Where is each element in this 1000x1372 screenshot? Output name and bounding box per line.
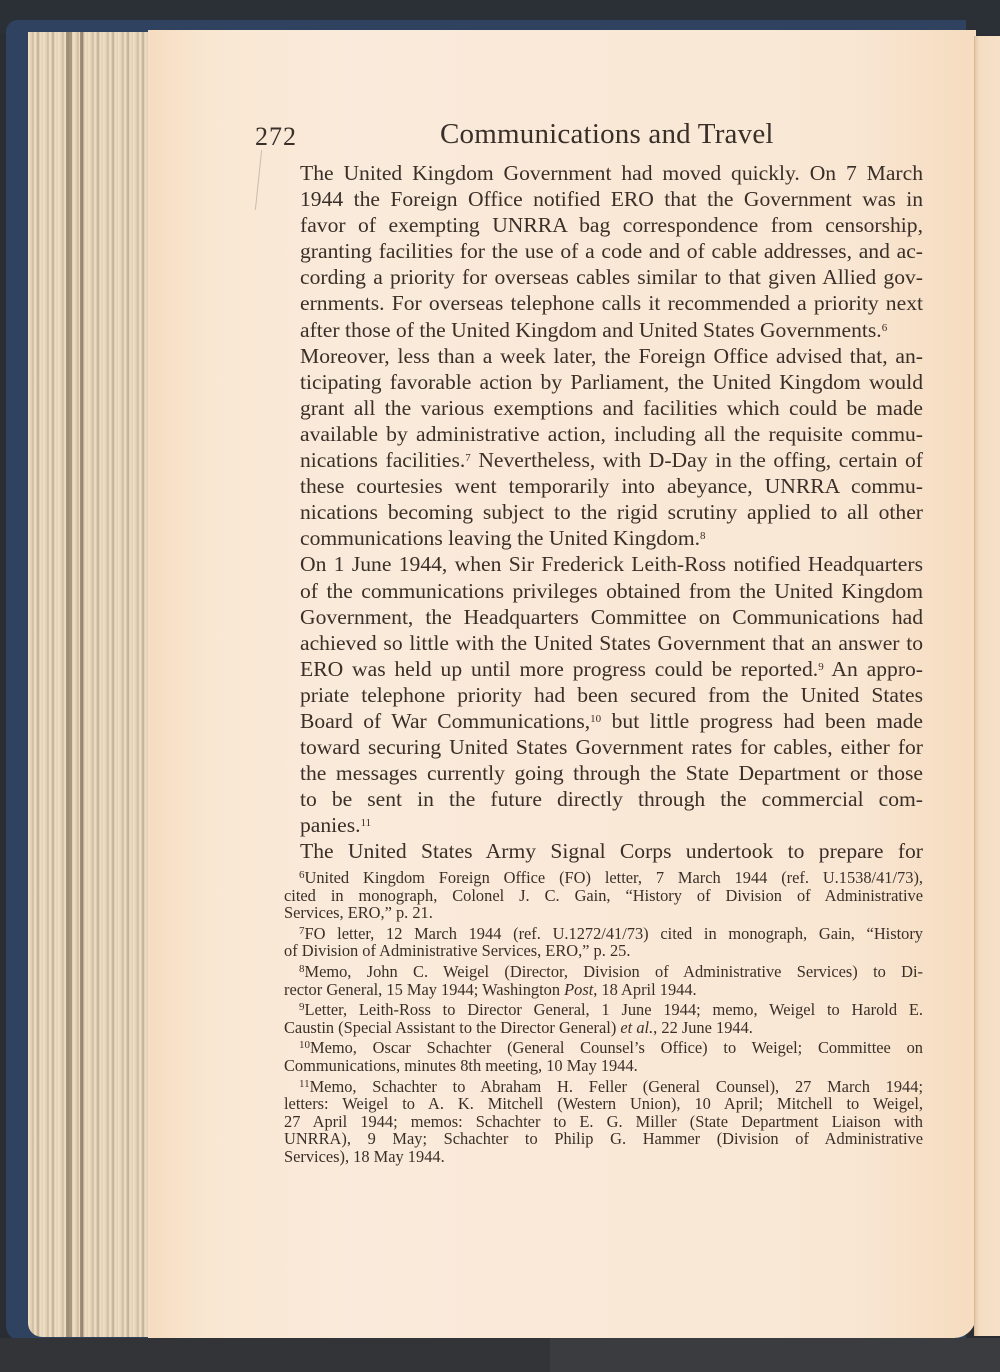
table-surface	[550, 1338, 1000, 1372]
facing-page-edge	[974, 36, 1000, 1336]
footnote-7: 7FO letter, 12 March 1944 (ref. U.1272/4…	[284, 925, 923, 960]
text-line: ticipating favorable action by Parliamen…	[272, 369, 923, 395]
footnote-11: 11Memo, Schachter to Abraham H. Feller (…	[284, 1078, 923, 1166]
text-line: Government, the Headquarters Committee o…	[272, 604, 923, 630]
text-line: UNRRA), 9 May; Schachter to Philip G. Ha…	[284, 1130, 923, 1148]
text-line: 7FO letter, 12 March 1944 (ref. U.1272/4…	[284, 925, 923, 943]
text-line: 6United Kingdom Foreign Office (FO) lett…	[284, 869, 923, 887]
text-line: grant all the various exemptions and fac…	[272, 395, 923, 421]
footnote-10: 10Memo, Oscar Schachter (General Counsel…	[284, 1039, 923, 1074]
text-line: priate telephone priority had been secur…	[272, 682, 923, 708]
text-line: Services), 18 May 1944.	[284, 1148, 923, 1166]
text-line: Board of War Communications,10 but littl…	[272, 708, 923, 734]
footnotes: 6United Kingdom Foreign Office (FO) lett…	[284, 869, 923, 1169]
footnote-number: 7	[299, 925, 305, 937]
page-edge-shadow	[66, 32, 72, 1337]
text-line: On 1 June 1944, when Sir Frederick Leith…	[272, 551, 923, 577]
page-edge-shadow	[80, 32, 83, 1337]
text-line: Communications, minutes 8th meeting, 10 …	[284, 1057, 923, 1075]
footnote-number: 6	[299, 869, 305, 881]
text-line: after those of the United Kingdom and Un…	[272, 317, 923, 343]
footnote-ref[interactable]: 11	[361, 817, 372, 829]
footnote-9: 9Letter, Leith-Ross to Director General,…	[284, 1001, 923, 1036]
text-line: 10Memo, Oscar Schachter (General Counsel…	[284, 1039, 923, 1057]
footnote-ref[interactable]: 6	[882, 322, 888, 334]
paragraph: The United Kingdom Government had moved …	[272, 160, 923, 551]
text-line: panies.11	[272, 812, 923, 838]
footnote-ref[interactable]: 8	[700, 530, 706, 542]
footnote-number: 8	[299, 963, 305, 975]
text-line: letters: Weigel to A. K. Mitchell (Weste…	[284, 1095, 923, 1113]
footnote-6: 6United Kingdom Foreign Office (FO) lett…	[284, 869, 923, 922]
page-edges	[28, 32, 150, 1337]
text-line: cited in monograph, Colonel J. C. Gain, …	[284, 887, 923, 905]
footnote-8: 8Memo, John C. Weigel (Director, Divisio…	[284, 963, 923, 998]
footnote-number: 11	[299, 1078, 310, 1090]
text-line: The United States Army Signal Corps unde…	[272, 838, 923, 864]
paragraph: The United States Army Signal Corps unde…	[272, 838, 923, 864]
text-line: ernments. For overseas telephone calls i…	[272, 290, 923, 316]
text-line: toward securing United States Government…	[272, 734, 923, 760]
page-number: 272	[255, 122, 297, 152]
running-head: 272 Communications and Travel	[255, 118, 945, 154]
text-line: nications facilities.7 Nevertheless, wit…	[272, 447, 923, 473]
text-line: the messages currently going through the…	[272, 760, 923, 786]
text-line: Moreover, less than a week later, the Fo…	[272, 343, 923, 369]
text-line: nications becoming subject to the rigid …	[272, 499, 923, 525]
text-line: these courtesies went temporarily into a…	[272, 473, 923, 499]
text-line: of Division of Administrative Services, …	[284, 942, 923, 960]
text-line: communications leaving the United Kingdo…	[272, 525, 923, 551]
text-line: achieved so little with the United State…	[272, 630, 923, 656]
text-line: available by administrative action, incl…	[272, 421, 923, 447]
footnote-ref[interactable]: 9	[818, 661, 824, 673]
chapter-title: Communications and Travel	[440, 118, 774, 151]
footnote-ref[interactable]: 7	[465, 452, 471, 464]
footnote-ref[interactable]: 10	[590, 713, 601, 725]
text-line: 9Letter, Leith-Ross to Director General,…	[284, 1001, 923, 1019]
text-line: granting facilities for the use of a cod…	[272, 238, 923, 264]
table-surface	[0, 1338, 550, 1372]
text-line: ERO was held up until more progress coul…	[272, 656, 923, 682]
text-line: favor of exempting UNRRA bag corresponde…	[272, 212, 923, 238]
text-line: 1944 the Foreign Office notified ERO tha…	[272, 186, 923, 212]
text-line: rector General, 15 May 1944; Washington …	[284, 981, 923, 999]
footnote-number: 9	[299, 1001, 305, 1013]
text-line: Caustin (Special Assistant to the Direct…	[284, 1019, 923, 1037]
body-text: The United Kingdom Government had moved …	[272, 160, 923, 865]
text-line: cording a priority for overseas cables s…	[272, 264, 923, 290]
text-line: of the communications privileges obtaine…	[272, 578, 923, 604]
text-line: 11Memo, Schachter to Abraham H. Feller (…	[284, 1078, 923, 1096]
text-line: to be sent in the future directly throug…	[272, 786, 923, 812]
text-line: The United Kingdom Government had moved …	[272, 160, 923, 186]
footnote-number: 10	[299, 1039, 310, 1051]
text-line: 8Memo, John C. Weigel (Director, Divisio…	[284, 963, 923, 981]
text-line: Services, ERO,” p. 21.	[284, 904, 923, 922]
paragraph: On 1 June 1944, when Sir Frederick Leith…	[272, 551, 923, 838]
text-line: 27 April 1944; memos: Schachter to E. G.…	[284, 1113, 923, 1131]
